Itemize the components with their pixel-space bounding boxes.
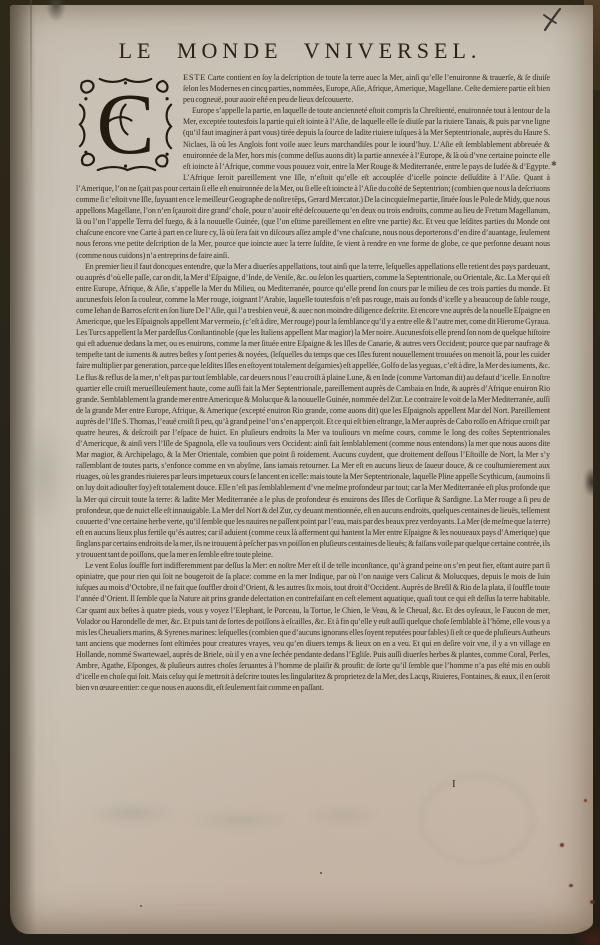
paragraph-text: Carte contient en ſoy la deſcription de … — [183, 73, 550, 104]
handwritten-folio-mark — [541, 6, 565, 34]
body-text: C ESTE Carte contient en ſoy la deſcript… — [76, 72, 550, 693]
paragraph: En premier lieu il faut doncques entendr… — [76, 261, 550, 561]
dropcap-letter: C — [96, 75, 154, 172]
paragraph: Le vent Eolus ſouffle fort indifferemmen… — [76, 560, 550, 693]
margin-mark: ✱ — [551, 160, 557, 168]
scanned-book-photo: LE MONDE VNIVERSEL. C ESTE Ca — [0, 0, 600, 945]
gathering-signature: I — [452, 778, 456, 790]
gutter-shadow — [10, 5, 36, 934]
woodcut-initial-C: C — [76, 74, 175, 175]
page-title: LE MONDE VNIVERSEL. — [0, 38, 600, 64]
paragraph-lead-caps: ESTE — [183, 72, 206, 82]
